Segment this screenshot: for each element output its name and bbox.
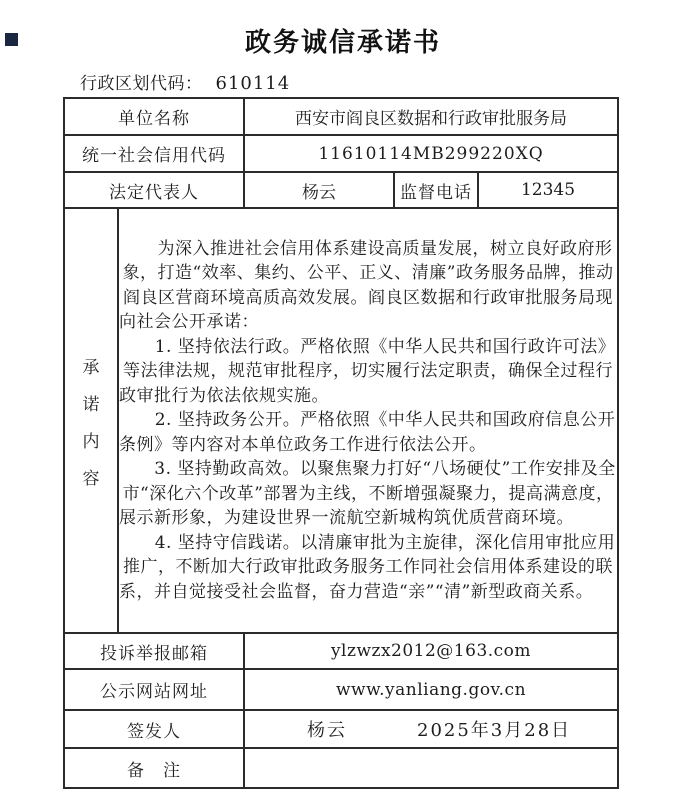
admin-code-value: 610114 — [216, 73, 291, 94]
commitment-label: 承 诺 内 容 — [64, 208, 118, 633]
commitment-label-vertical: 承 诺 内 容 — [65, 353, 117, 489]
signer-name: 杨云 — [307, 716, 347, 742]
credit-code-value: 11610114MB299220XQ — [244, 135, 618, 172]
admin-code-label: 行政区划代码： — [80, 74, 203, 94]
table-row: 投诉举报邮箱 ylzwzx2012@163.com — [64, 633, 618, 669]
commitment-char: 诺 — [83, 390, 100, 415]
table-row: 承 诺 内 容 为深入推进社会信用体系建设高质量发展，树立良好政府形象，打造“效… — [64, 208, 618, 633]
website-value: www.yanliang.gov.cn — [244, 669, 618, 710]
admin-code-line: 行政区划代码：610114 — [80, 69, 290, 94]
page-title: 政务诚信承诺书 — [0, 22, 686, 59]
document-page: { "doc": { "title": "政务诚信承诺书", "admin_co… — [0, 0, 686, 790]
legal-rep-name: 杨云 — [244, 172, 394, 208]
table-row: 法定代表人 杨云 监督电话 12345 — [64, 172, 618, 208]
commitment-char: 承 — [83, 353, 100, 378]
commitment-char: 内 — [83, 427, 100, 452]
supervision-phone-value: 12345 — [478, 172, 618, 208]
table-row: 公示网站网址 www.yanliang.gov.cn — [64, 669, 618, 710]
table-row: 统一社会信用代码 11610114MB299220XQ — [64, 135, 618, 172]
remarks-value — [244, 748, 618, 788]
unit-name-label: 单位名称 — [64, 98, 244, 135]
table-row: 单位名称 西安市阎良区数据和行政审批服务局 — [64, 98, 618, 135]
complaint-email-value: ylzwzx2012@163.com — [244, 633, 618, 669]
website-label: 公示网站网址 — [64, 669, 244, 710]
signer-date: 2025年3月28日 — [417, 716, 571, 742]
commitment-paragraph: 为深入推进社会信用体系建设高质量发展，树立良好政府形象，打造“效率、集约、公平、… — [119, 237, 617, 335]
commitment-paragraph: 2. 坚持政务公开。严格依照《中华人民共和国政府信息公开条例》等内容对本单位政务… — [119, 408, 617, 457]
signer-label: 签发人 — [64, 710, 244, 748]
commitment-paragraph: 1. 坚持依法行政。严格依照《中华人民共和国行政许可法》等法律法规，规范审批程序… — [119, 335, 617, 409]
supervision-phone-label: 监督电话 — [394, 172, 478, 208]
remarks-label: 备 注 — [64, 748, 244, 788]
commitment-content: 为深入推进社会信用体系建设高质量发展，树立良好政府形象，打造“效率、集约、公平、… — [118, 208, 618, 633]
unit-name-value: 西安市阎良区数据和行政审批服务局 — [244, 98, 618, 135]
table-row: 备 注 — [64, 748, 618, 788]
commitment-table: 单位名称 西安市阎良区数据和行政审批服务局 统一社会信用代码 11610114M… — [63, 97, 619, 789]
signer-value-cell: 杨云 2025年3月28日 — [244, 710, 618, 748]
commitment-paragraph: 3. 坚持勤政高效。以聚焦聚力打好“八场硬仗”工作安排及全市“深化六个改革”部署… — [119, 457, 617, 531]
credit-code-label: 统一社会信用代码 — [64, 135, 244, 172]
commitment-char: 容 — [83, 464, 100, 489]
signer-value: 杨云 2025年3月28日 — [245, 716, 617, 742]
complaint-email-label: 投诉举报邮箱 — [64, 633, 244, 669]
commitment-paragraph: 4. 坚持守信践诺。以清廉审批为主旋律，深化信用审批应用推广，不断加大行政审批政… — [119, 531, 617, 605]
table-row: 签发人 杨云 2025年3月28日 — [64, 710, 618, 748]
legal-rep-label: 法定代表人 — [64, 172, 244, 208]
